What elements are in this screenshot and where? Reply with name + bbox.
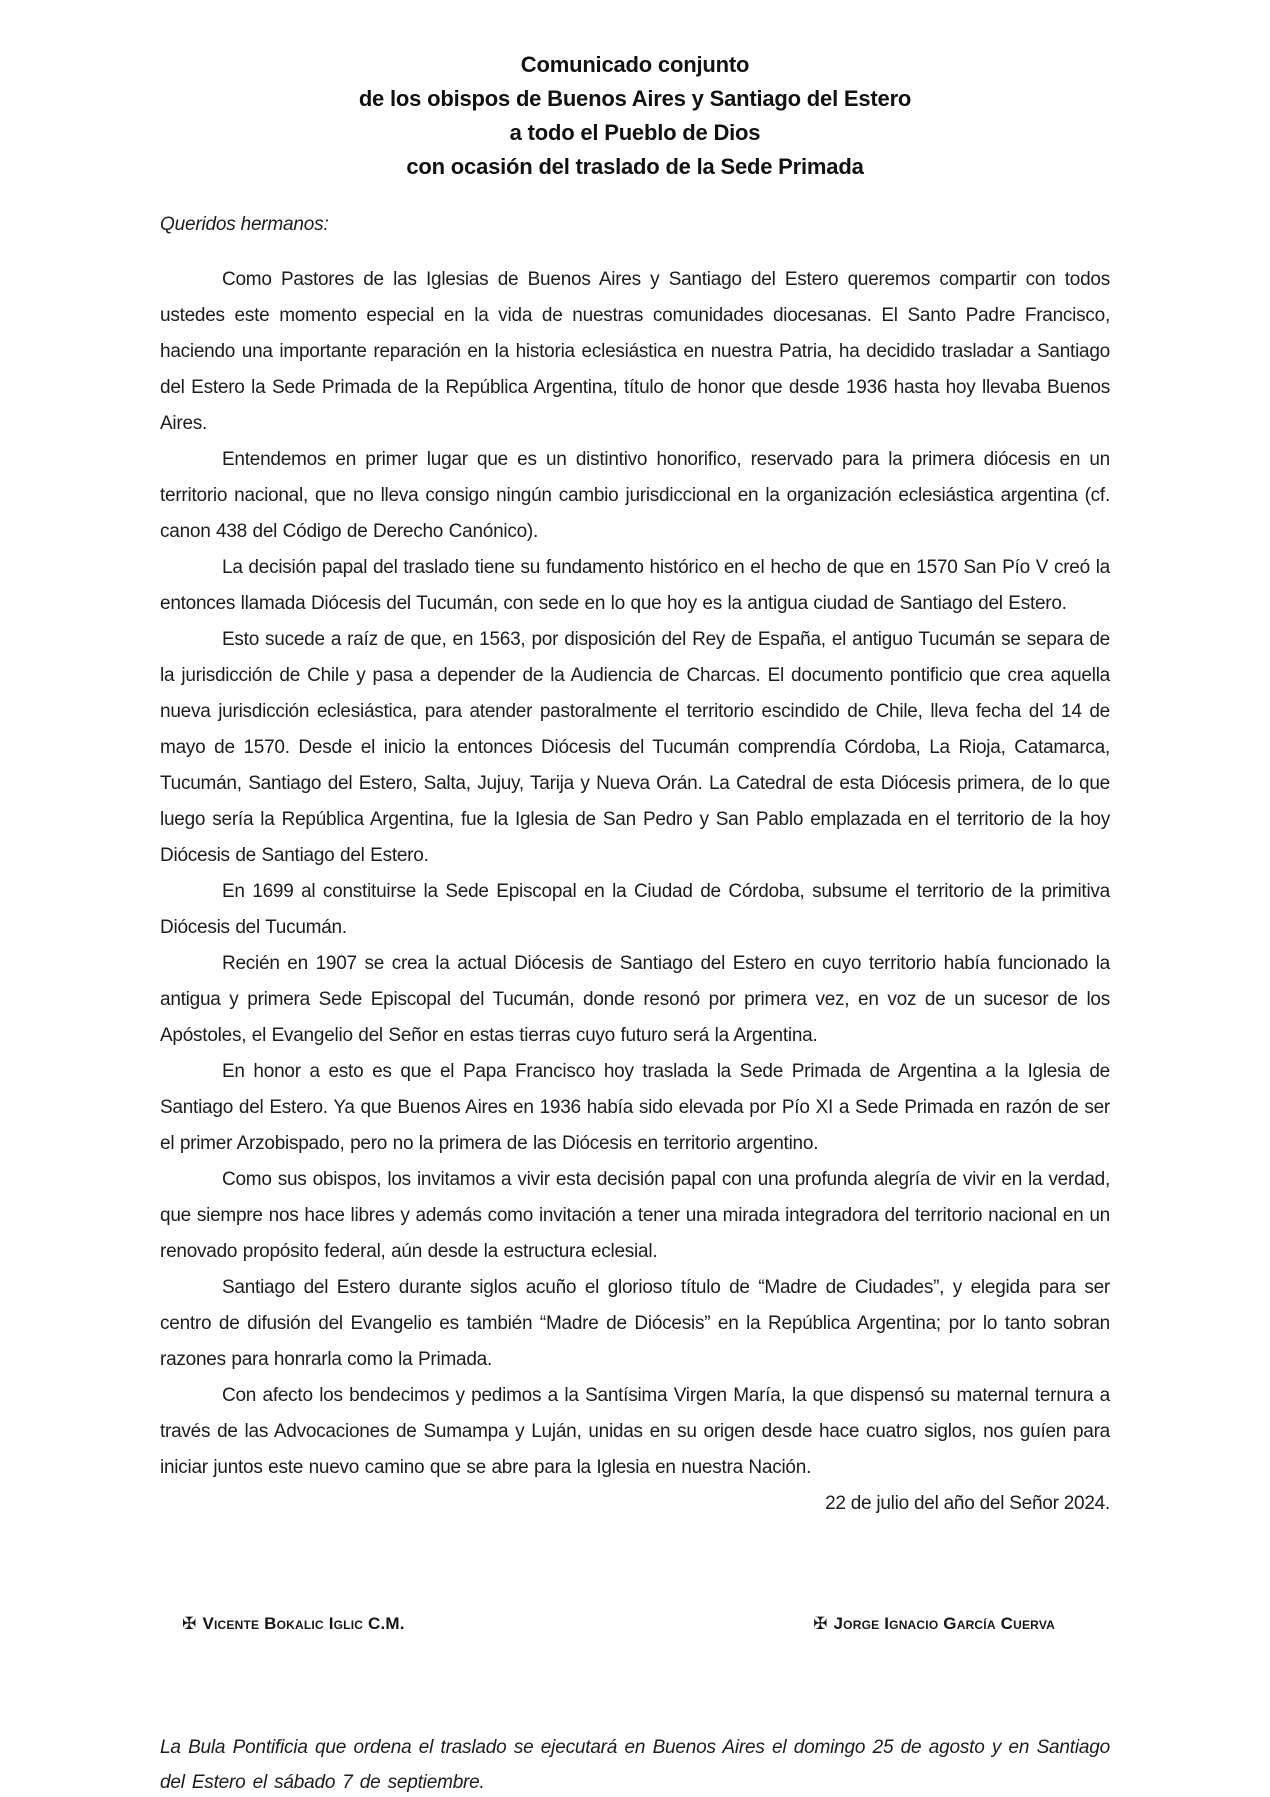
signature-right: ✠Jorge Ignacio García Cuerva bbox=[813, 1614, 1055, 1634]
signature-right-name: Jorge Ignacio García Cuerva bbox=[834, 1614, 1055, 1633]
paragraph: Recién en 1907 se crea la actual Diócesi… bbox=[160, 946, 1110, 1054]
greeting-line: Queridos hermanos: bbox=[160, 210, 1110, 240]
paragraph: Con afecto los bendecimos y pedimos a la… bbox=[160, 1378, 1110, 1486]
paragraph: Como sus obispos, los invitamos a vivir … bbox=[160, 1162, 1110, 1270]
document-page: Comunicado conjunto de los obispos de Bu… bbox=[0, 0, 1270, 1797]
paragraph: Esto sucede a raíz de que, en 1563, por … bbox=[160, 622, 1110, 874]
document-title-line-2: de los obispos de Buenos Aires y Santiag… bbox=[160, 82, 1110, 116]
document-title-line-4: con ocasión del traslado de la Sede Prim… bbox=[160, 150, 1110, 184]
paragraph: Santiago del Estero durante siglos acuño… bbox=[160, 1270, 1110, 1378]
document-title: Comunicado conjunto de los obispos de Bu… bbox=[160, 48, 1110, 184]
paragraph: En 1699 al constituirse la Sede Episcopa… bbox=[160, 874, 1110, 946]
footer-note: La Bula Pontificia que ordena el traslad… bbox=[160, 1730, 1110, 1797]
paragraph: La decisión papal del traslado tiene su … bbox=[160, 550, 1110, 622]
document-body: Como Pastores de las Iglesias de Buenos … bbox=[160, 262, 1110, 1486]
signatures-row: ✠Vicente Bokalic Iglic C.M. ✠Jorge Ignac… bbox=[160, 1614, 1110, 1634]
signature-left-name: Vicente Bokalic Iglic C.M. bbox=[202, 1614, 404, 1633]
maltese-cross-icon: ✠ bbox=[182, 1614, 196, 1633]
maltese-cross-icon: ✠ bbox=[813, 1614, 827, 1633]
date-line: 22 de julio del año del Señor 2024. bbox=[160, 1486, 1110, 1522]
paragraph: Entendemos en primer lugar que es un dis… bbox=[160, 442, 1110, 550]
document-title-line-1: Comunicado conjunto bbox=[160, 48, 1110, 82]
paragraph: En honor a esto es que el Papa Francisco… bbox=[160, 1054, 1110, 1162]
signature-left: ✠Vicente Bokalic Iglic C.M. bbox=[182, 1614, 405, 1634]
document-title-line-3: a todo el Pueblo de Dios bbox=[160, 116, 1110, 150]
paragraph: Como Pastores de las Iglesias de Buenos … bbox=[160, 262, 1110, 442]
